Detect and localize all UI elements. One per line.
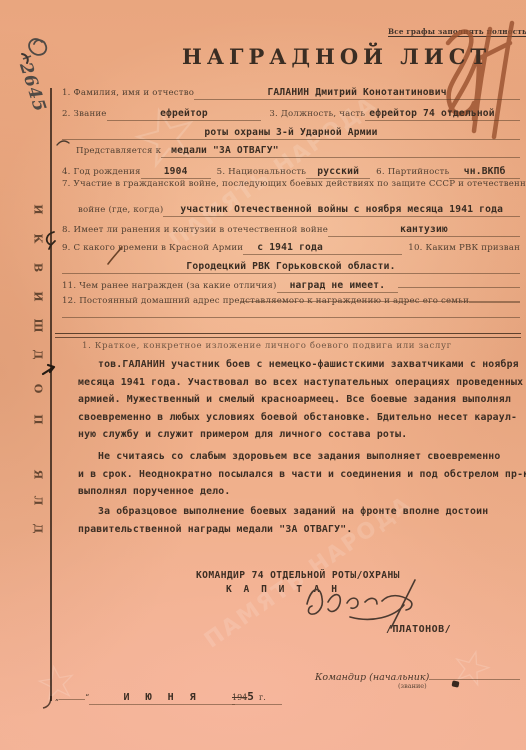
form-left-border	[50, 88, 52, 701]
citation-line: Не считаясь со слабым здоровьем все зада…	[78, 448, 518, 466]
field-war-participation-row: войне (где, когда) участник Отечественно…	[78, 197, 520, 217]
filing-letter: Я	[32, 467, 45, 483]
field-wounds-label: 8. Имеет ли ранения и контузии в отечест…	[62, 225, 328, 235]
field-position-row2: роты охраны 3-й Ударной Армии	[62, 120, 520, 140]
summary-section-heading: 1. Краткое, конкретное изложение личного…	[82, 341, 452, 351]
field-wounds-value: кантузию	[400, 224, 448, 235]
field-position-value: ефрейтор 74 отдельной	[365, 108, 495, 119]
pen-check-mark	[44, 231, 58, 249]
field-birth-nationality-party-row: 4. Год рождения 1904 5. Национальность р…	[62, 159, 520, 179]
signer-surname: /ПЛАТОНОВ/	[386, 624, 451, 635]
footer-commander-row: Командир (начальник)	[315, 668, 520, 683]
footer-date-row: „ “ И Ю Н Я	[55, 685, 235, 705]
citation-line: ную службу и служит примером для личного…	[78, 426, 518, 444]
field-name-value: ГАЛАНИН Дмитрий Конотантинович	[267, 87, 446, 98]
field-position-underline2: роты охраны 3-й Ударной Армии	[62, 120, 520, 140]
field-party-value: чн.ВКПб	[464, 166, 506, 177]
citation-line: За образцовое выполнение боевых заданий …	[78, 503, 518, 521]
field-birthyear-underline: 1904	[141, 159, 211, 179]
field-nominated-row: Представляется к медали "ЗА ОТВАГУ"	[76, 138, 520, 158]
citation-paragraph-3: За образцовое выполнение боевых заданий …	[78, 503, 518, 538]
field-prior-awards-underline2	[398, 276, 520, 288]
field-name-underline: ГАЛАНИН Дмитрий Конотантинович	[194, 80, 520, 100]
pen-arrow-mark	[42, 362, 58, 378]
filing-letter: Д	[32, 521, 45, 537]
field-service-since-value: с 1941 года	[243, 242, 323, 253]
field-rank-row: 2. Звание ефрейтор 3. Должность, часть е…	[62, 101, 520, 121]
citation-line: правительственной награды медали "ЗА ОТВ…	[78, 521, 518, 539]
field-prior-awards-row: 11. Чем ранее награжден (за какие отличи…	[62, 273, 520, 293]
field-nationality-value: русский	[317, 166, 359, 177]
filing-letter: П	[32, 412, 45, 428]
filing-letter: В	[32, 260, 45, 276]
field-home-address-row: 12. Постоянный домашний адрес представля…	[62, 291, 520, 306]
commander-signature	[295, 572, 445, 632]
field-wounds-underline: кантузию	[328, 217, 520, 237]
footer-rank-hint: (звание)	[398, 682, 427, 690]
field-war-participation-value: участник Отечественной войны с ноября ме…	[180, 204, 503, 215]
document-title: НАГРАДНОЙ ЛИСТ	[182, 44, 491, 69]
citation-line: армией. Мужественный и смелый красноарме…	[78, 391, 518, 409]
filing-letter: Л	[32, 493, 45, 509]
field-nominated-underline: медали "ЗА ОТВАГУ"	[161, 138, 520, 158]
citation-paragraph-1: тов.ГАЛАНИН участник боев с немецко-фаши…	[78, 356, 518, 444]
field-rvk-label: 10. Каким РВК призван	[402, 243, 520, 253]
field-party-label: 6. Партийность	[370, 167, 449, 177]
citation-line: тов.ГАЛАНИН участник боев с немецко-фаши…	[78, 356, 518, 374]
field-rank-underline: ефрейтор	[107, 101, 262, 121]
field-nominated-label: Представляется к	[76, 146, 161, 156]
field-war-participation-label2: войне (где, когда)	[78, 205, 163, 215]
filing-letter: Д	[32, 347, 45, 363]
field-service-since-underline: с 1941 года	[243, 235, 402, 255]
filing-letter: К	[32, 231, 45, 247]
date-year-digit: 5	[247, 690, 254, 703]
field-war-participation-label: 7. Участие в гражданской войне, последую…	[62, 179, 526, 189]
field-prior-awards-value: наград не имеет.	[290, 280, 386, 291]
field-name-row: 1. Фамилия, имя и отчество ГАЛАНИН Дмитр…	[62, 80, 520, 100]
footer-commander-underline	[429, 668, 520, 680]
field-rank-value: ефрейтор	[160, 108, 208, 119]
field-prior-awards-label: 11. Чем ранее награжден (за какие отличи…	[62, 281, 277, 291]
field-birthyear-value: 1904	[164, 166, 188, 177]
field-rvk-value: Городецкий РВК Горьковской области.	[186, 261, 395, 272]
date-month: И Ю Н Я	[120, 692, 205, 703]
footer-year-row: 1945 г.	[232, 685, 282, 705]
field-rank-label: 2. Звание	[62, 109, 107, 119]
citation-line: месяца 1941 года. Участвовал во всех нас…	[78, 374, 518, 392]
pen-tick-mark	[56, 138, 70, 148]
section-divider-rule	[55, 333, 521, 338]
date-day-underline	[59, 688, 85, 700]
citation-line: своевременно в любых условиях боевой обс…	[78, 409, 518, 427]
field-birthyear-label: 4. Год рождения	[62, 167, 141, 177]
field-party-underline: чн.ВКПб	[449, 159, 520, 179]
filing-letter: Ш	[32, 318, 45, 334]
date-year-printed: 194	[232, 693, 247, 702]
field-prior-awards-underline: наград не имеет.	[277, 273, 399, 293]
award-sheet-document: ПАМЯТЬ НАРОДА ПАМЯТЬ НАРОДА ☆ ☆ ☆ И К В …	[0, 0, 526, 750]
field-service-since-row: 9. С какого времени в Красной Армии с 19…	[62, 235, 520, 255]
pen-tick-mark	[20, 52, 32, 64]
field-nationality-underline: русский	[306, 159, 370, 179]
date-year-underline: 1945 г.	[232, 685, 282, 705]
filing-letter: О	[32, 381, 45, 397]
filing-letter: И	[32, 289, 45, 305]
filing-letter: И	[32, 202, 45, 218]
field-home-address-underline3	[62, 317, 520, 318]
field-home-address-underline2	[240, 301, 520, 302]
field-position-label: 3. Должность, часть	[261, 109, 365, 119]
field-nationality-label: 5. Национальность	[211, 167, 307, 177]
citation-line: и в срок. Неоднократно посылался в части…	[78, 466, 518, 484]
field-service-since-label: 9. С какого времени в Красной Армии	[62, 243, 243, 253]
date-month-underline: И Ю Н Я	[89, 685, 235, 705]
field-war-participation-underline: участник Отечественной войны с ноября ме…	[163, 197, 520, 217]
field-rvk-underline: Городецкий РВК Горьковской области.	[62, 254, 520, 274]
field-name-label: 1. Фамилия, имя и отчество	[62, 88, 194, 98]
citation-paragraph-2: Не считаясь со слабым здоровьем все зада…	[78, 448, 518, 501]
ink-blot	[451, 680, 459, 687]
field-position-underline: ефрейтор 74 отдельной	[365, 101, 520, 121]
field-position-value2: роты охраны 3-й Ударной Армии	[204, 127, 377, 138]
field-nominated-value: медали "ЗА ОТВАГУ"	[161, 145, 279, 156]
rule-end-hook	[42, 696, 56, 710]
field-wounds-row: 8. Имеет ли ранения и контузии в отечест…	[62, 217, 520, 237]
citation-line: выполнял порученное дело.	[78, 483, 518, 501]
date-year-suffix: г.	[259, 693, 266, 702]
field-rvk-row2: Городецкий РВК Горьковской области.	[62, 254, 520, 274]
